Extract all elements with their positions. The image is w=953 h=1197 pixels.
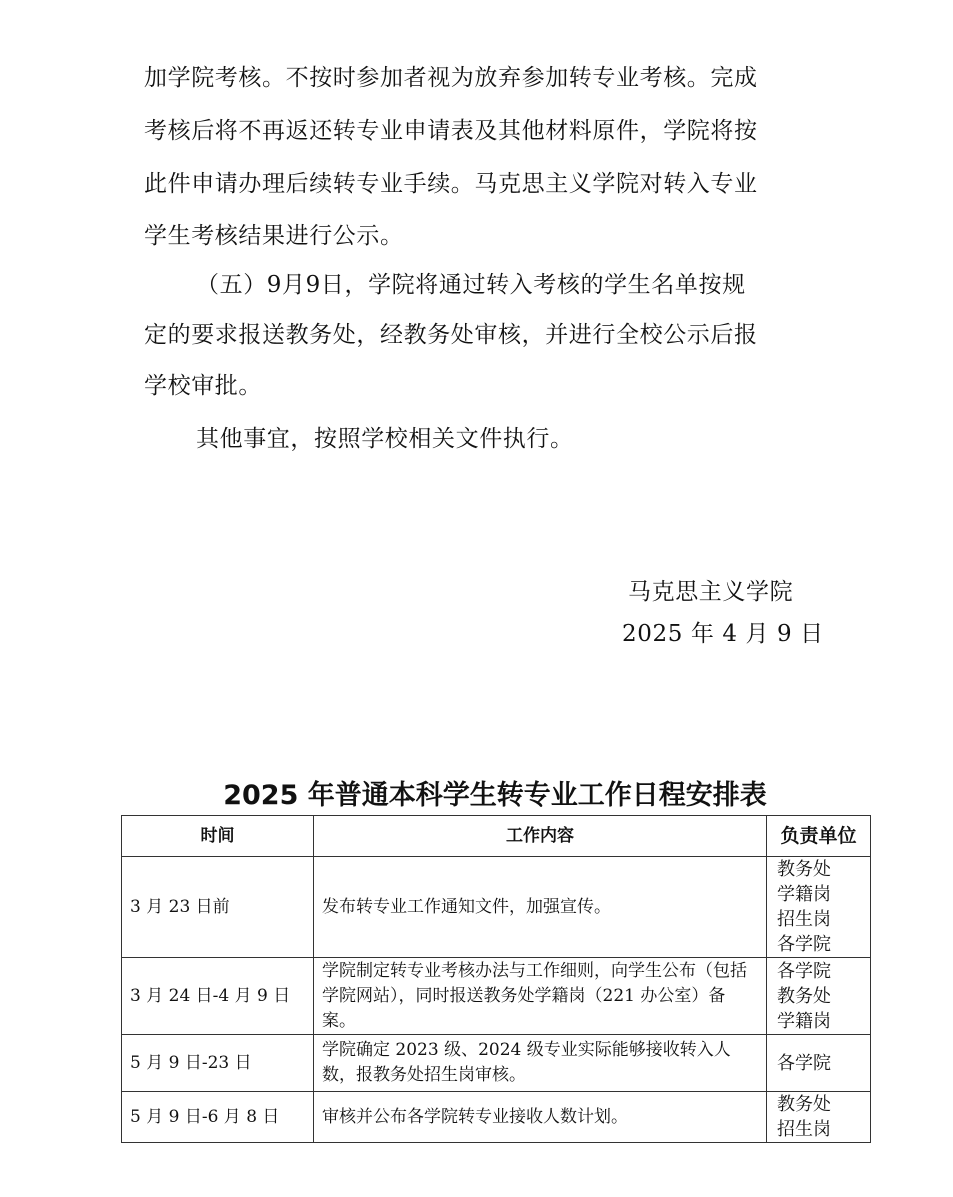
paragraph-line: 此件申请办理后续转专业手续。马克思主义学院对转入专业 <box>144 169 758 199</box>
cell-content: 学院制定转专业考核办法与工作细则，向学生公布（包括学院网站），同时报送教务处学籍… <box>314 958 767 1035</box>
table-row: 5 月 9 日-6 月 8 日 审核并公布各学院转专业接收人数计划。 教务处 招… <box>122 1092 871 1143</box>
unit-name: 各学院 <box>777 959 866 984</box>
unit-name: 教务处 <box>777 984 866 1009</box>
paragraph-line-closing: 其他事宜，按照学校相关文件执行。 <box>196 424 574 454</box>
cell-units: 教务处 招生岗 <box>767 1092 871 1143</box>
cell-units: 教务处 学籍岗 招生岗 各学院 <box>767 857 871 958</box>
header-responsible-unit: 负责单位 <box>767 816 871 857</box>
unit-name: 学籍岗 <box>777 882 866 907</box>
cell-time: 5 月 9 日-6 月 8 日 <box>122 1092 314 1143</box>
paragraph-line: 学校审批。 <box>144 371 262 401</box>
schedule-table: 时间 工作内容 负责单位 3 月 23 日前 发布转专业工作通知文件，加强宣传。… <box>121 815 871 1143</box>
cell-time: 3 月 23 日前 <box>122 857 314 958</box>
table-row: 5 月 9 日-23 日 学院确定 2023 级、2024 级专业实际能够接收转… <box>122 1035 871 1092</box>
signature-organization: 马克思主义学院 <box>628 577 793 607</box>
unit-name: 招生岗 <box>777 1117 866 1142</box>
cell-content: 发布转专业工作通知文件，加强宣传。 <box>314 857 767 958</box>
paragraph-line: 考核后将不再返还转专业申请表及其他材料原件，学院将按 <box>144 116 758 146</box>
table-row: 3 月 23 日前 发布转专业工作通知文件，加强宣传。 教务处 学籍岗 招生岗 … <box>122 857 871 958</box>
cell-time: 5 月 9 日-23 日 <box>122 1035 314 1092</box>
cell-time: 3 月 24 日-4 月 9 日 <box>122 958 314 1035</box>
table-row: 3 月 24 日-4 月 9 日 学院制定转专业考核办法与工作细则，向学生公布（… <box>122 958 871 1035</box>
paragraph-line: 加学院考核。不按时参加者视为放弃参加转专业考核。完成 <box>144 63 758 93</box>
unit-name: 各学院 <box>777 932 866 957</box>
paragraph-line-item-five: （五）9月9日，学院将通过转入考核的学生名单按规 <box>196 270 746 300</box>
unit-name: 教务处 <box>777 1092 866 1117</box>
cell-units: 各学院 教务处 学籍岗 <box>767 958 871 1035</box>
unit-name: 各学院 <box>777 1051 866 1076</box>
table-header-row: 时间 工作内容 负责单位 <box>122 816 871 857</box>
header-content: 工作内容 <box>314 816 767 857</box>
paragraph-line: 定的要求报送教务处，经教务处审核，并进行全校公示后报 <box>144 320 758 350</box>
cell-content: 审核并公布各学院转专业接收人数计划。 <box>314 1092 767 1143</box>
cell-content: 学院确定 2023 级、2024 级专业实际能够接收转入人数，报教务处招生岗审核… <box>314 1035 767 1092</box>
paragraph-line: 学生考核结果进行公示。 <box>144 221 404 251</box>
table-title: 2025 年普通本科学生转专业工作日程安排表 <box>121 778 869 814</box>
cell-units: 各学院 <box>767 1035 871 1092</box>
unit-name: 招生岗 <box>777 907 866 932</box>
unit-name: 学籍岗 <box>777 1009 866 1034</box>
signature-date: 2025 年 4 月 9 日 <box>622 619 824 649</box>
header-time: 时间 <box>122 816 314 857</box>
unit-name: 教务处 <box>777 857 866 882</box>
